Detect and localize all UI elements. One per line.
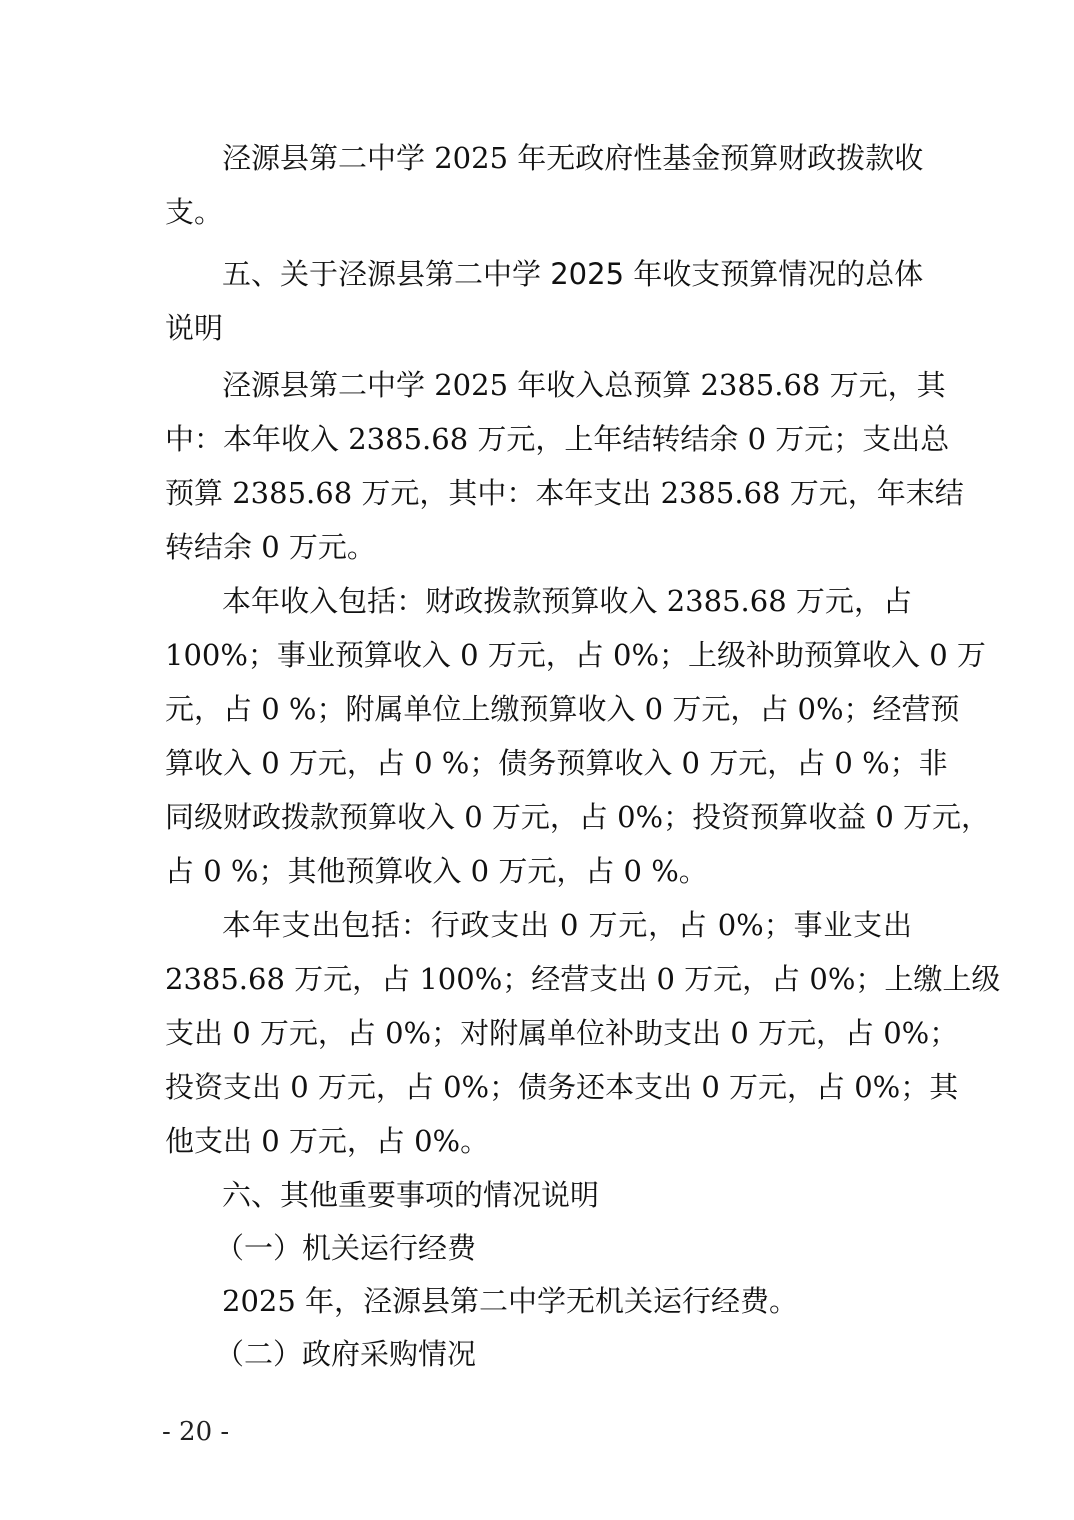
paragraph-line: 本年收入包括：财政拨款预算收入 2385.68 万元，占 [222, 581, 912, 621]
paragraph-line: 100%；事业预算收入 0 万元，占 0%；上级补助预算收入 0 万 [165, 635, 912, 675]
paragraph-line: 2385.68 万元，占 100%；经营支出 0 万元，占 0%；上缴上级 [165, 959, 912, 999]
paragraph-line: 占 0 %；其他预算收入 0 万元，占 0 %。 [165, 851, 912, 891]
section-heading: 六、其他重要事项的情况说明 [222, 1175, 599, 1215]
paragraph-line: 投资支出 0 万元，占 0%；债务还本支出 0 万元，占 0%；其 [165, 1067, 912, 1107]
paragraph-line: 支。 [165, 192, 912, 232]
paragraph-line: 本年支出包括：行政支出 0 万元，占 0%；事业支出 [222, 905, 912, 945]
section-heading: 五、关于泾源县第二中学 2025 年收支预算情况的总体 [222, 254, 912, 294]
paragraph-line: 中：本年收入 2385.68 万元，上年结转结余 0 万元；支出总 [165, 419, 912, 459]
paragraph-line: 2025 年，泾源县第二中学无机关运行经费。 [222, 1281, 798, 1321]
subsection-heading: （二）政府采购情况 [215, 1334, 476, 1374]
paragraph-line: 他支出 0 万元，占 0%。 [165, 1121, 912, 1161]
section-heading: 说明 [165, 308, 912, 348]
paragraph-line: 预算 2385.68 万元，其中：本年支出 2385.68 万元，年末结 [165, 473, 912, 513]
paragraph-line: 元，占 0 %；附属单位上缴预算收入 0 万元，占 0%；经营预 [165, 689, 912, 729]
page-number: - 20 - [162, 1417, 229, 1447]
paragraph-line: 泾源县第二中学 2025 年收入总预算 2385.68 万元，其 [222, 365, 912, 405]
subsection-heading: （一）机关运行经费 [215, 1228, 476, 1268]
paragraph-line: 支出 0 万元，占 0%；对附属单位补助支出 0 万元，占 0%； [165, 1013, 912, 1053]
paragraph-line: 转结余 0 万元。 [165, 527, 912, 567]
paragraph-line: 同级财政拨款预算收入 0 万元，占 0%；投资预算收益 0 万元， [165, 797, 912, 837]
paragraph-line: 泾源县第二中学 2025 年无政府性基金预算财政拨款收 [222, 138, 912, 178]
paragraph-line: 算收入 0 万元，占 0 %；债务预算收入 0 万元，占 0 %；非 [165, 743, 912, 783]
